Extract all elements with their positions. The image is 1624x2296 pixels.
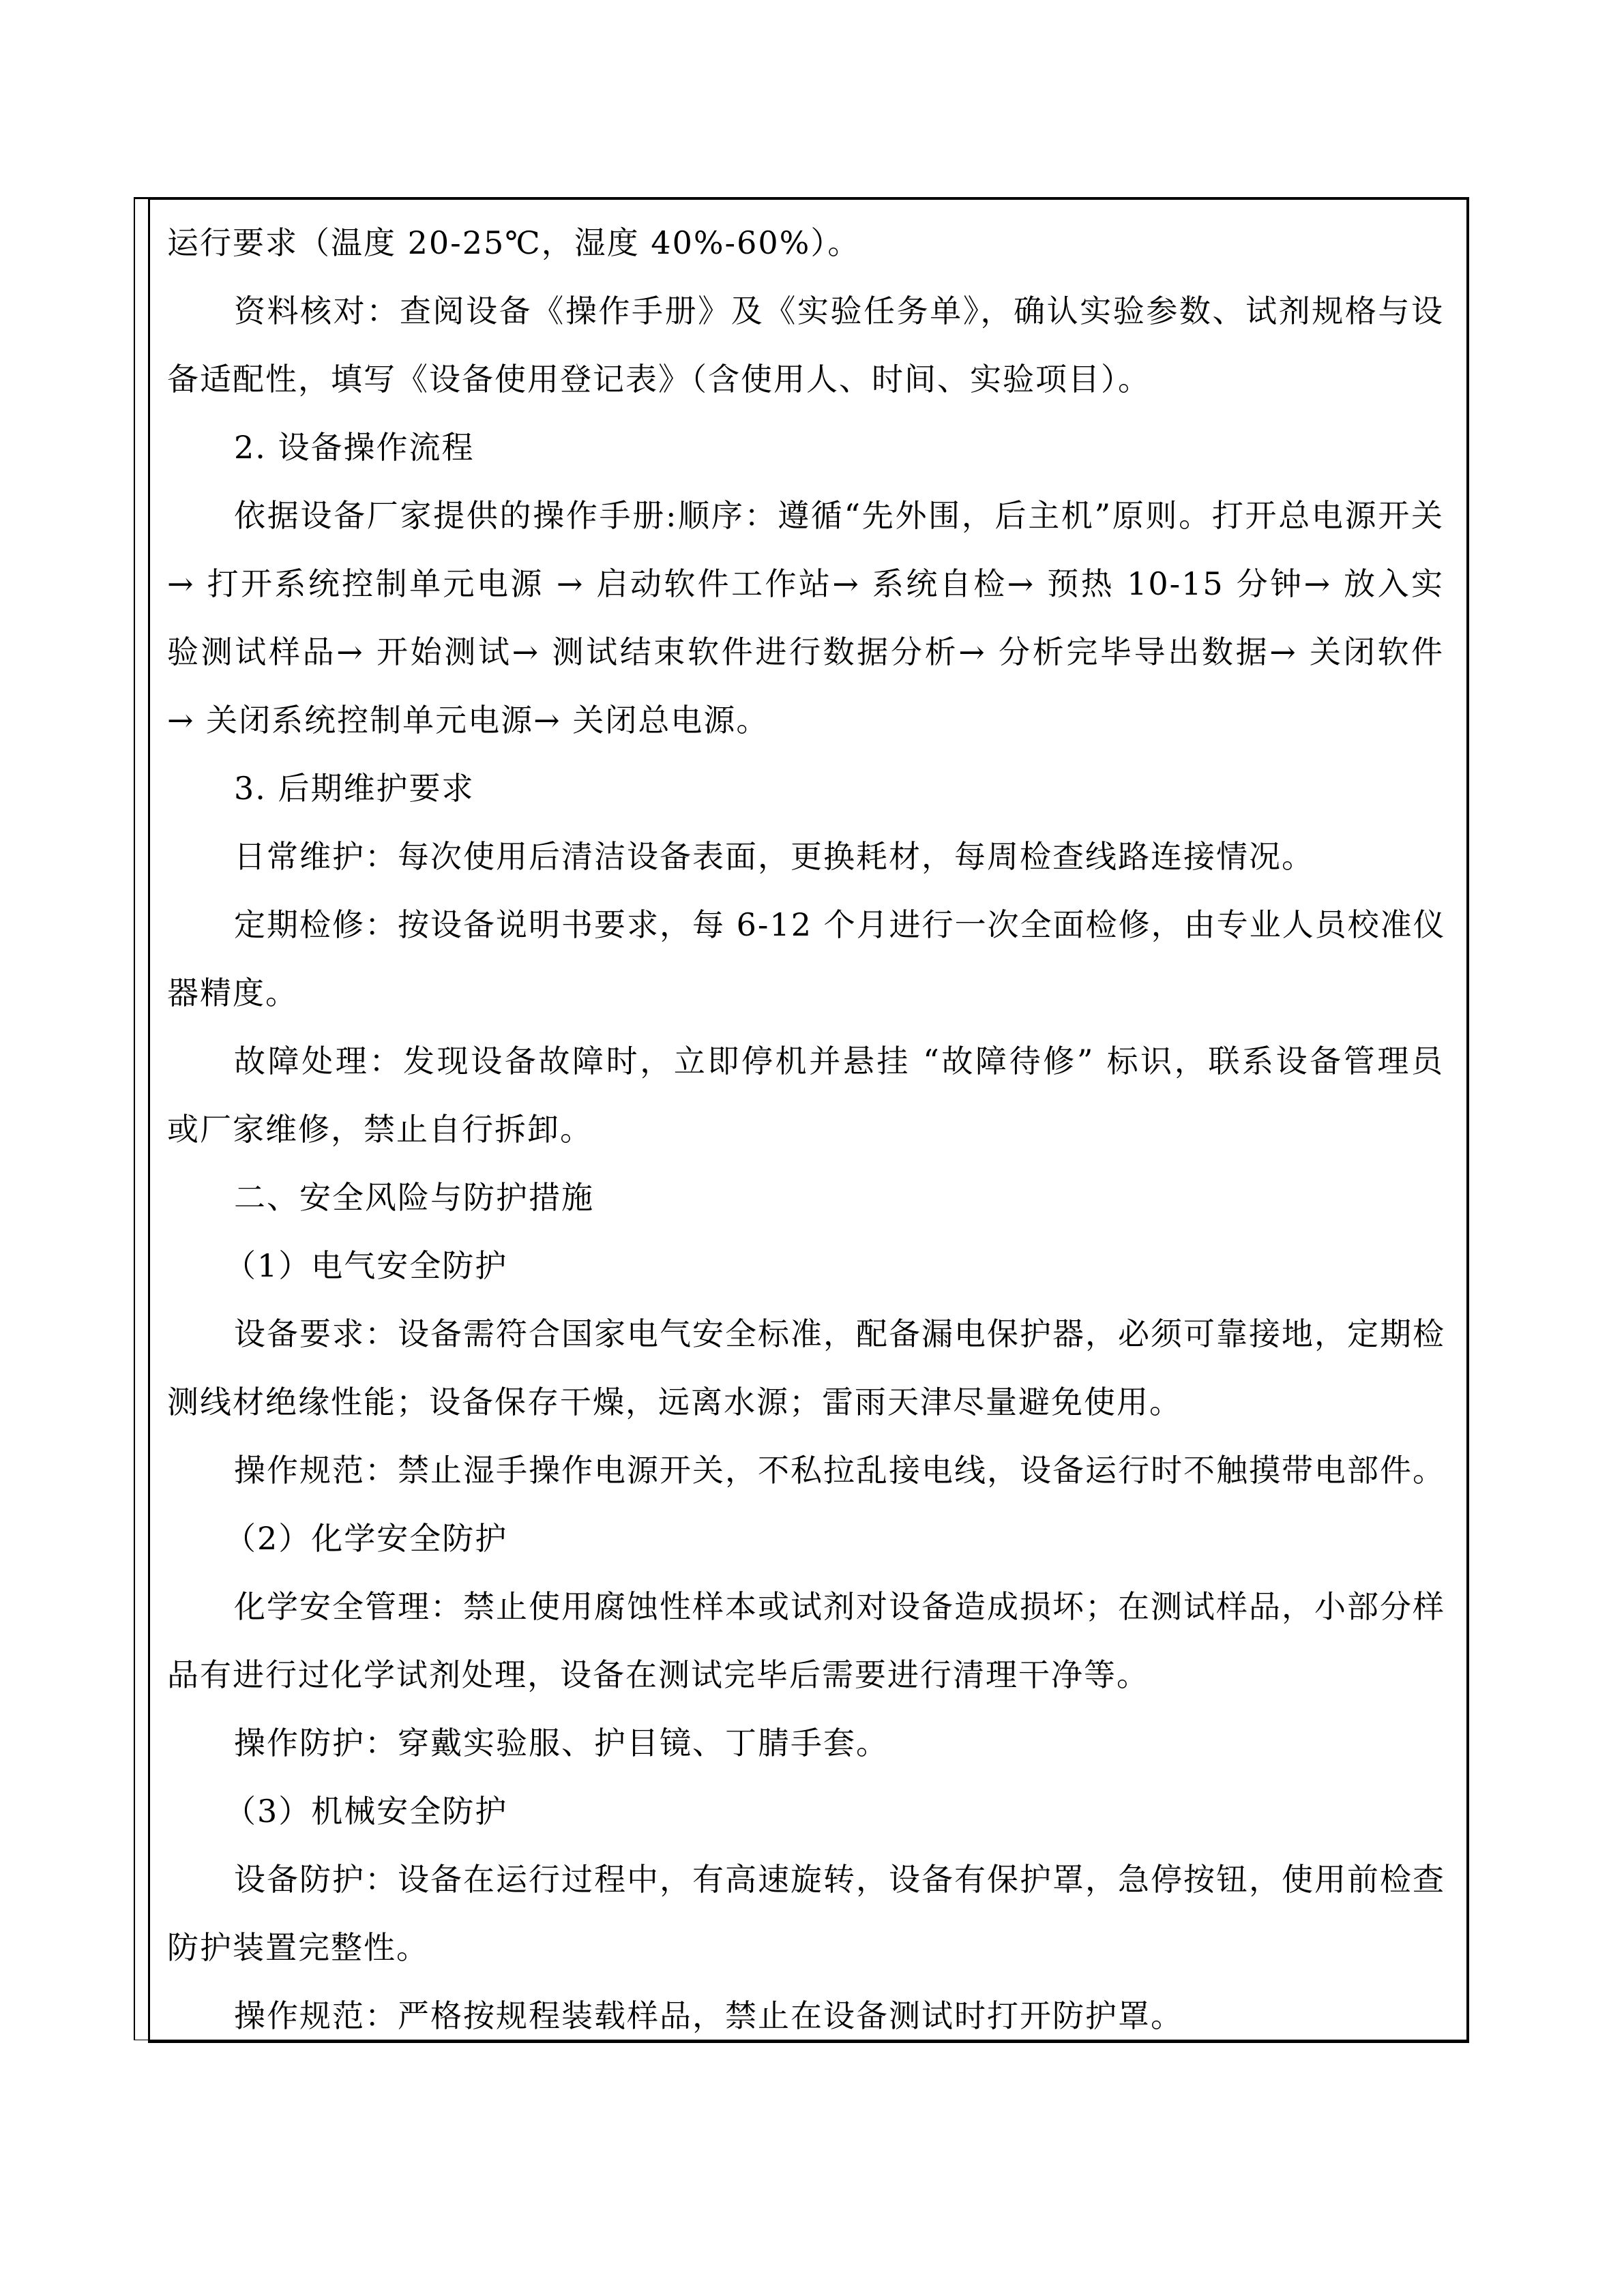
subsection-heading-chemical-safety: （2）化学安全防护 <box>167 1504 1444 1572</box>
paragraph-line-process-steps-2: 验测试样品→ 开始测试→ 测试结束软件进行数据分析→ 分析完毕导出数据→ 关闭软… <box>167 618 1444 686</box>
paragraph-line-daily-maintenance: 日常维护：每次使用后清洁设备表面，更换耗材，每周检查线路连接情况。 <box>167 822 1444 891</box>
paragraph-line-chemical-management-cont: 品有进行过化学试剂处理，设备在测试完毕后需要进行清理干净等。 <box>167 1641 1444 1709</box>
paragraph-line-equipment-protection: 设备防护：设备在运行过程中，有高速旋转，设备有保护罩，急停按钮，使用前检查 <box>167 1845 1444 1913</box>
section-heading-safety-risks: 二、安全风险与防护措施 <box>167 1163 1444 1232</box>
subsection-heading-electrical-safety: （1）电气安全防护 <box>167 1232 1444 1300</box>
paragraph-line-mechanical-operation-rules: 操作规范：严格按规程装载样品，禁止在设备测试时打开防护罩。 <box>167 1982 1444 2050</box>
paragraph-line-document-check: 资料核对：查阅设备《操作手册》及《实验任务单》，确认实验参数、试剂规格与设 <box>167 277 1444 345</box>
paragraph-line-fault-handling-cont: 或厂家维修，禁止自行拆卸。 <box>167 1095 1444 1163</box>
paragraph-line-equipment-requirements: 设备要求：设备需符合国家电气安全标准，配备漏电保护器，必须可靠接地，定期检 <box>167 1300 1444 1368</box>
paragraph-line-equipment-protection-cont: 防护装置完整性。 <box>167 1913 1444 1982</box>
table-left-column <box>134 197 148 2040</box>
paragraph-line-process-steps-1: → 打开系统控制单元电源 → 启动软件工作站→ 系统自检→ 预热 10-15 分… <box>167 550 1444 618</box>
paragraph-line-equipment-requirements-cont: 测线材绝缘性能；设备保存干燥，远离水源；雷雨天津尽量避免使用。 <box>167 1368 1444 1436</box>
paragraph-line-periodic-overhaul-cont: 器精度。 <box>167 959 1444 1027</box>
section-heading-operation-process: 2. 设备操作流程 <box>167 413 1444 481</box>
document-body: 运行要求（温度 20-25℃，湿度 40%-60%）。 资料核对：查阅设备《操作… <box>167 209 1444 2050</box>
paragraph-line-periodic-overhaul: 定期检修：按设备说明书要求，每 6-12 个月进行一次全面检修，由专业人员校准仪 <box>167 891 1444 959</box>
paragraph-line-chemical-operation-protection: 操作防护：穿戴实验服、护目镜、丁腈手套。 <box>167 1709 1444 1777</box>
paragraph-line-operating-conditions-end: 运行要求（温度 20-25℃，湿度 40%-60%）。 <box>167 209 1444 277</box>
paragraph-line-process-steps-3: → 关闭系统控制单元电源→ 关闭总电源。 <box>167 686 1444 754</box>
paragraph-line-fault-handling: 故障处理：发现设备故障时，立即停机并悬挂 “故障待修” 标识，联系设备管理员 <box>167 1027 1444 1095</box>
document-page: 运行要求（温度 20-25℃，湿度 40%-60%）。 资料核对：查阅设备《操作… <box>0 0 1624 2296</box>
paragraph-line-chemical-management: 化学安全管理：禁止使用腐蚀性样本或试剂对设备造成损坏；在测试样品，小部分样 <box>167 1572 1444 1641</box>
paragraph-line-document-check-cont: 备适配性，填写《设备使用登记表》（含使用人、时间、实验项目）。 <box>167 345 1444 413</box>
paragraph-line-process-intro: 依据设备厂家提供的操作手册:顺序：遵循“先外围，后主机”原则。打开总电源开关 <box>167 481 1444 550</box>
section-heading-maintenance: 3. 后期维护要求 <box>167 754 1444 822</box>
paragraph-line-electrical-operation-rules: 操作规范：禁止湿手操作电源开关，不私拉乱接电线，设备运行时不触摸带电部件。 <box>167 1436 1444 1504</box>
subsection-heading-mechanical-safety: （3）机械安全防护 <box>167 1777 1444 1845</box>
